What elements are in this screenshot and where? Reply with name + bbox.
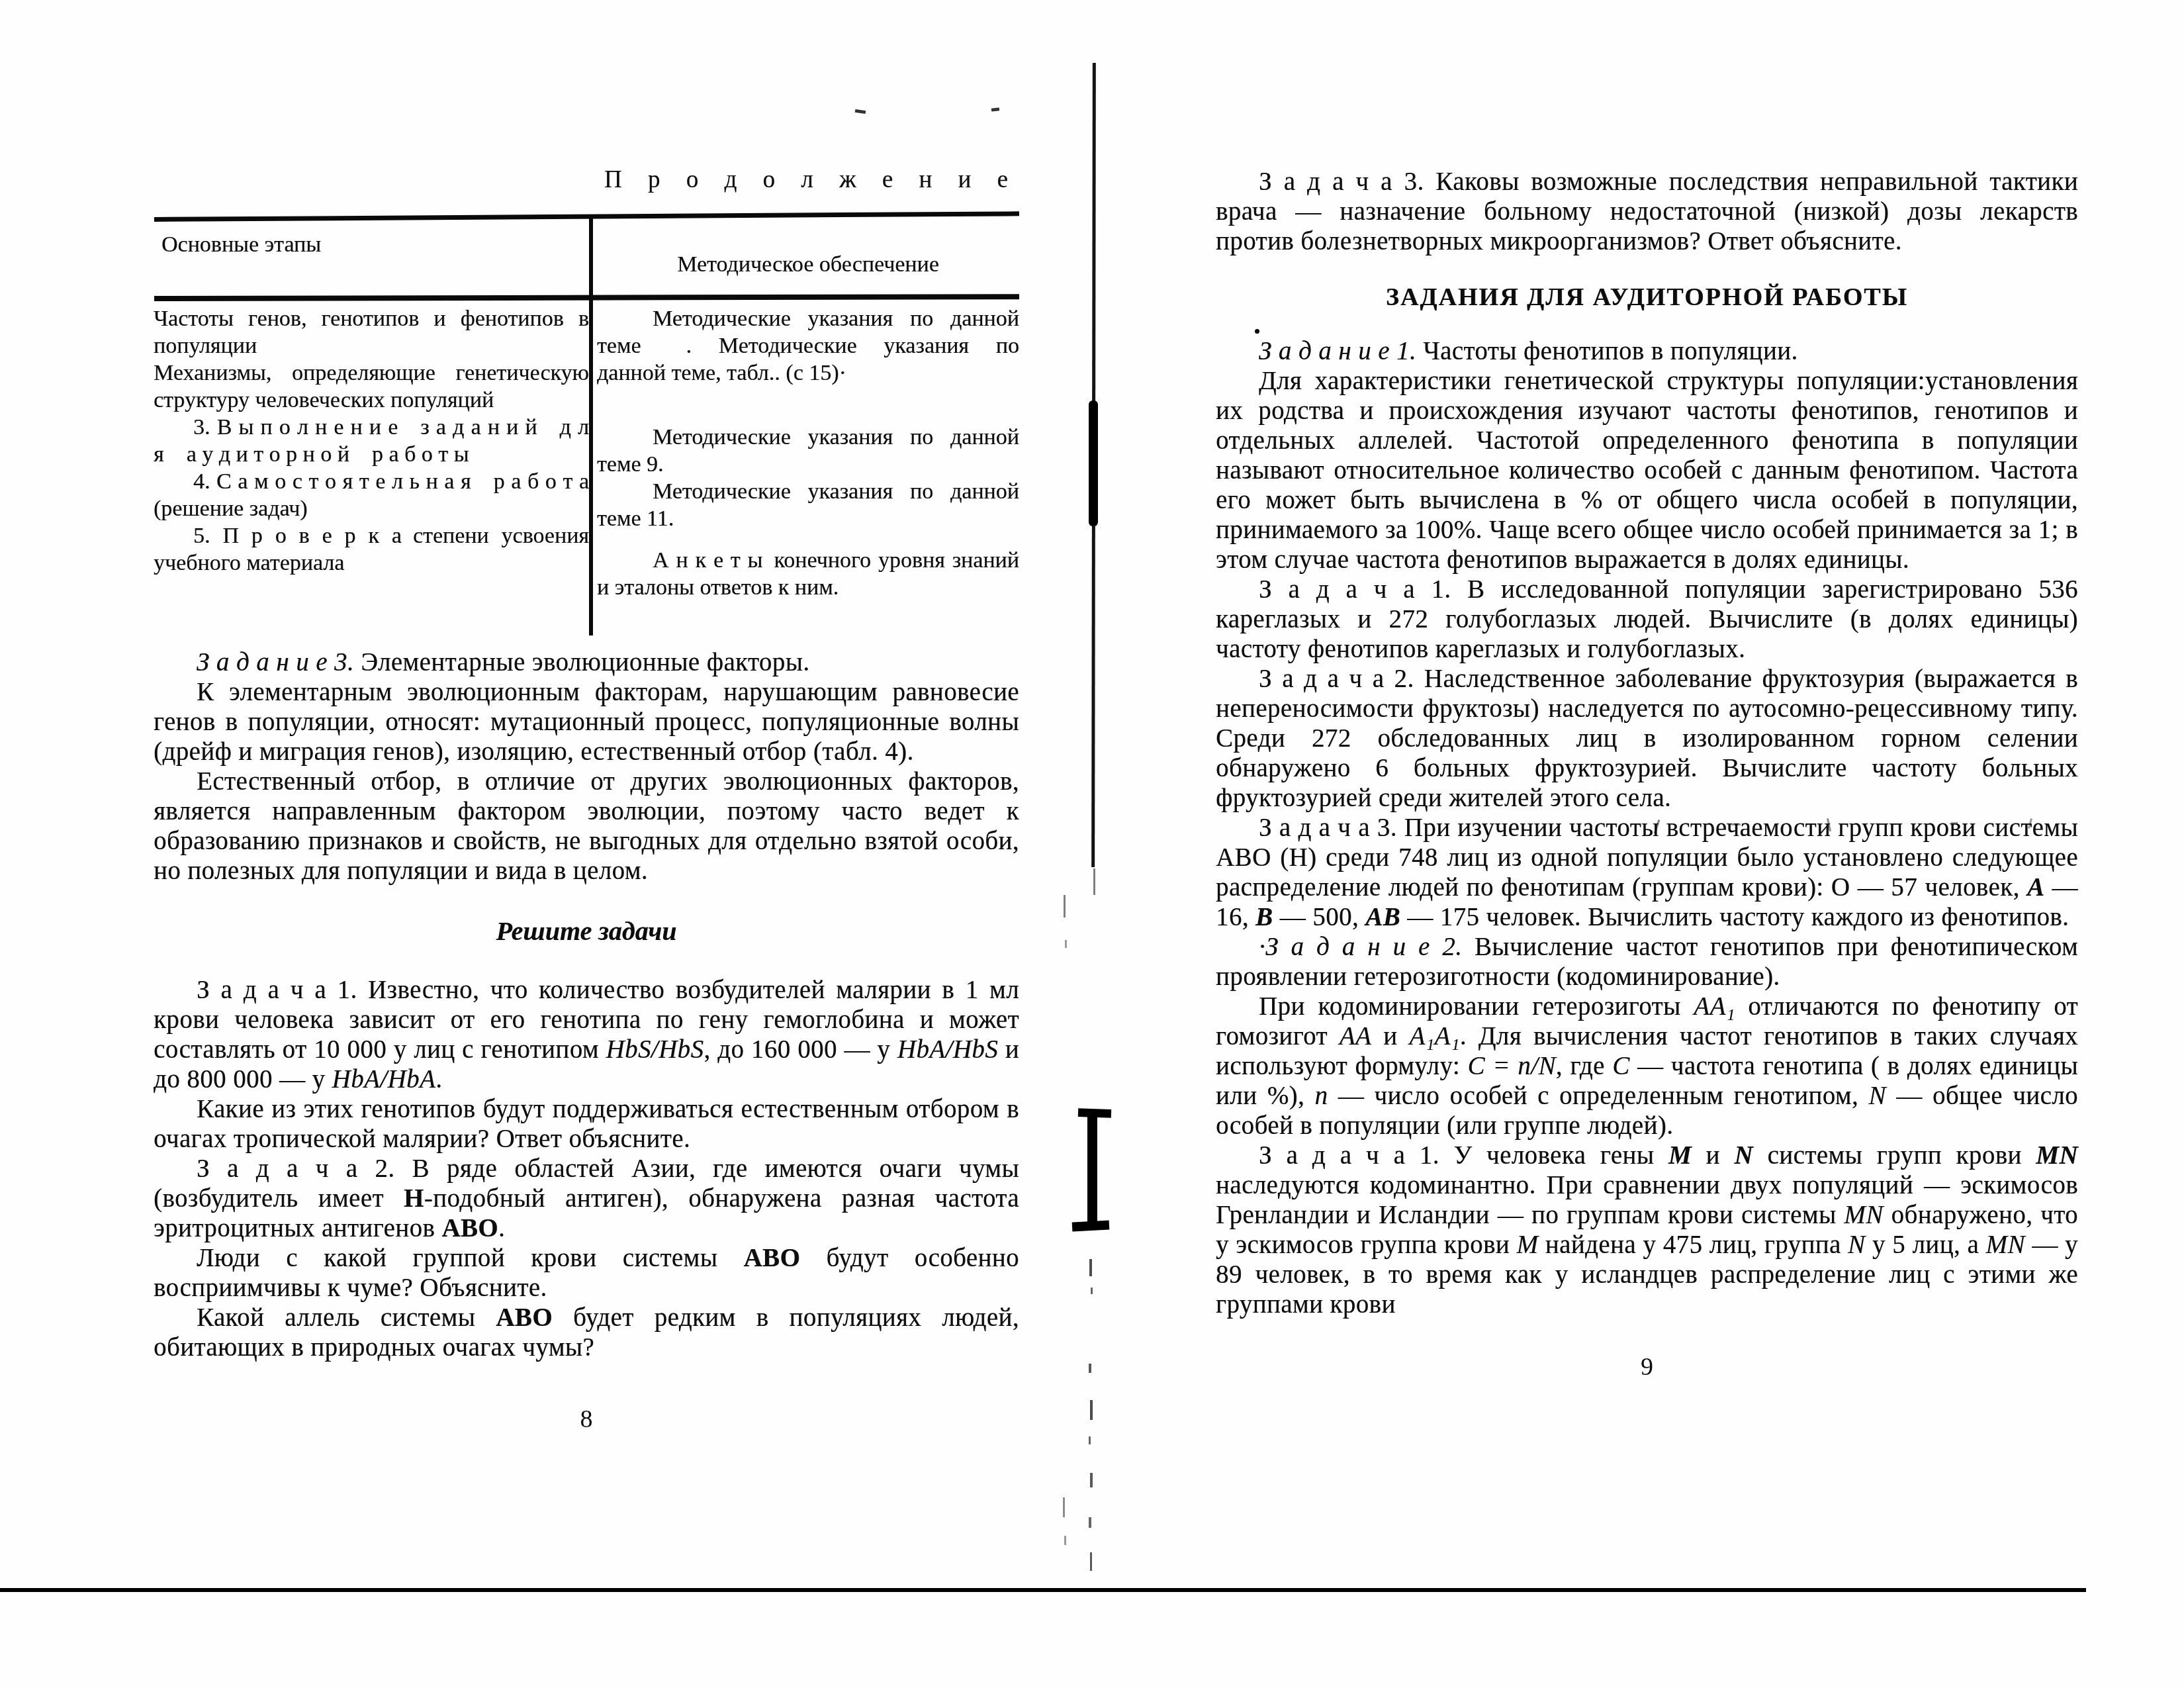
table-body: Частоты генов, генотипов и фенотипов в п… xyxy=(154,296,1019,601)
table-row: 5. П р о в е р к а степени усвоения учеб… xyxy=(154,522,589,577)
scan-artifact-bracket-stem xyxy=(1087,1111,1097,1229)
table-cell-methods: Методические указания по данной теме . М… xyxy=(597,305,1019,601)
scan-artifact-dash xyxy=(1089,1364,1091,1373)
paragraph: К элементарным эволюционным факторам, на… xyxy=(154,677,1019,767)
paragraph: При кодоминировании гетерозиготы АА₁ отл… xyxy=(1216,992,2078,1141)
table-header-methods: Методическое обеспечение xyxy=(597,222,1019,296)
text-segment: Естественный отбор, в отличие от других … xyxy=(154,767,1019,885)
table-column-divider xyxy=(589,217,593,635)
scan-artifact-dash xyxy=(1090,1552,1092,1571)
text-segment: Частоты генов, генотипов и фенотипов в п… xyxy=(154,306,589,358)
text-segment: . xyxy=(435,1065,442,1094)
scan-artifact-bracket-top xyxy=(1078,1108,1111,1118)
text-segment: З а д а ч а 3. xyxy=(1259,167,1424,196)
paragraph: З а д а ч а 1. Известно, что количество … xyxy=(154,975,1019,1094)
section-heading-classroom-tasks: ЗАДАНИЯ ДЛЯ АУДИТОРНОЙ РАБОТЫ xyxy=(1216,283,2078,312)
text-segment: , где xyxy=(1556,1052,1612,1080)
paragraph: З а д а ч а 2. В ряде областей Азии, где… xyxy=(154,1154,1019,1243)
text-segment: HbS/HbS xyxy=(606,1035,704,1064)
text-segment: У человека гены xyxy=(1439,1141,1668,1170)
text-segment: n xyxy=(1315,1082,1328,1110)
text-segment: Методические указания по данной теме 9. xyxy=(597,425,1019,477)
paragraph: З а д а н и е 3. Элементарные эволюционн… xyxy=(154,647,1019,677)
text-segment: ·З а д а н и е 2. xyxy=(1259,933,1462,961)
text-segment: MN xyxy=(1986,1231,2025,1259)
text-segment: — 500, xyxy=(1273,903,1366,931)
scan-artifact-bracket-bottom xyxy=(1072,1221,1110,1232)
text-segment: HbA/HbA xyxy=(332,1065,436,1094)
text-segment: и xyxy=(1692,1141,1734,1170)
text-segment: АВО xyxy=(441,1214,498,1243)
scan-artifact-edge-dash xyxy=(1064,1536,1066,1545)
scan-artifact-dot xyxy=(1255,329,1259,334)
text-segment: Для характеристики генетической структур… xyxy=(1216,367,2078,574)
text-segment: М xyxy=(1517,1231,1539,1259)
paragraph: Для характеристики генетической структур… xyxy=(1216,366,2078,575)
table-row: Частоты генов, генотипов и фенотипов в п… xyxy=(154,305,589,359)
scan-artifact-smudge xyxy=(1731,823,1741,825)
text-segment: HbA/HbS xyxy=(897,1035,998,1064)
text-segment: С = n/N xyxy=(1467,1052,1555,1080)
text-segment: 3. В ы п о л н е н и е з а д а н и й д л… xyxy=(154,415,589,467)
text-segment: N xyxy=(1868,1082,1886,1110)
scan-artifact-tick xyxy=(855,109,866,114)
paragraph: З а д а ч а 1. В исследованной популяции… xyxy=(1216,575,2078,664)
table-row: 3. В ы п о л н е н и е з а д а н и й д л… xyxy=(154,414,589,468)
text-segment: З а д а ч а 1. xyxy=(1259,575,1451,604)
table-cell-stages: Частоты генов, генотипов и фенотипов в п… xyxy=(154,305,589,601)
text-segment: А xyxy=(2027,873,2044,902)
text-segment: АВО xyxy=(744,1244,801,1272)
text-segment: Какой аллель системы xyxy=(197,1303,496,1332)
paragraph: З а д а ч а 3. Каковы возможные последст… xyxy=(1216,167,2078,256)
scan-artifact-tick xyxy=(991,107,999,111)
paragraph: З а д а н и е 1. Частоты фенотипов в поп… xyxy=(1216,336,2078,366)
text-segment: При кодоминировании гетерозиготы xyxy=(1259,992,1694,1021)
text-segment: у 5 лиц, а xyxy=(1866,1231,1986,1259)
text-segment: Какие из этих генотипов будут поддержива… xyxy=(154,1095,1019,1153)
scan-artifact-dash xyxy=(1089,1517,1091,1528)
text-segment: Механизмы, определяющие генетическую стр… xyxy=(154,361,589,412)
text-segment: З а д а ч а 2. xyxy=(197,1154,394,1183)
text-segment: Люди с какой группой крови системы xyxy=(197,1244,744,1272)
table-row: Методические указания по данной теме 9. xyxy=(597,424,1019,478)
text-segment: К элементарным эволюционным факторам, на… xyxy=(154,678,1019,766)
section-heading-solve-tasks: Решите задачи xyxy=(154,916,1019,946)
scan-artifact-spine-blob xyxy=(1089,400,1098,526)
text-segment: А н к е т ы конечного уровня знаний и эт… xyxy=(597,548,1019,600)
table-header-stages: Основные этапы xyxy=(154,222,597,296)
scan-artifact-dash xyxy=(1091,1288,1093,1294)
page-right: З а д а ч а 3. Каковы возможные последст… xyxy=(1216,167,2078,1382)
paragraph: З а д а ч а 1. У человека гены М и N сис… xyxy=(1216,1141,2078,1319)
text-segment: N xyxy=(1848,1231,1865,1259)
text-segment: найдена у 475 лиц, группа xyxy=(1538,1231,1848,1259)
text-segment: , до 160 000 — у xyxy=(704,1035,897,1064)
paragraph: Какие из этих генотипов будут поддержива… xyxy=(154,1094,1019,1154)
table-row: Механизмы, определяющие генетическую стр… xyxy=(154,359,589,414)
text-segment: MN xyxy=(1844,1201,1883,1229)
text-segment: N xyxy=(1734,1141,1753,1170)
page-left: П р о д о л ж е н и е Основные этапы Мет… xyxy=(154,167,1019,1434)
text-segment: А₁А₁ xyxy=(1409,1022,1459,1051)
paragraph: Какой аллель системы АВО будет редким в … xyxy=(154,1303,1019,1362)
text-segment: Методические указания по данной теме . М… xyxy=(597,306,1019,385)
paragraph: Люди с какой группой крови системы АВО б… xyxy=(154,1243,1019,1303)
scan-artifact-dash xyxy=(1089,1259,1092,1276)
paragraph: З а д а ч а 2. Наследственное заболевани… xyxy=(1216,664,2078,813)
table-header-row: Основные этапы Методическое обеспечение xyxy=(154,217,1019,296)
text-segment: З а д а ч а 1. xyxy=(197,976,357,1004)
table-row: 4. С а м о с т о я т е л ь н а я р а б о… xyxy=(154,468,589,522)
scan-artifact-dash xyxy=(1089,1436,1091,1444)
text-segment: АВ xyxy=(1365,903,1400,931)
scan-artifact-bottom-rule xyxy=(0,1588,2086,1592)
book-scan-spread: П р о д о л ж е н и е Основные этапы Мет… xyxy=(0,0,2184,1688)
table-row: Методические указания по данной теме 11. xyxy=(597,478,1019,532)
continuation-label: П р о д о л ж е н и е xyxy=(154,167,1018,193)
text-segment: З а д а ч а 3. xyxy=(1259,814,1397,842)
text-segment: М xyxy=(1668,1141,1692,1170)
table-row: Методические указания по данной теме . М… xyxy=(597,305,1019,387)
text-segment: АА xyxy=(1340,1022,1371,1051)
scan-artifact-smudge xyxy=(1951,822,1958,824)
text-segment: З а д а н и е 3. xyxy=(197,648,354,677)
text-segment: Частоты фенотипов в популяции. xyxy=(1416,337,1797,365)
text-segment: 5. П р о в е р к а степени усвоения учеб… xyxy=(154,524,589,575)
text-segment: З а д а ч а 1. xyxy=(1259,1141,1439,1170)
scan-artifact-edge-dash xyxy=(1063,1497,1065,1517)
text-segment: 4. С а м о с т о я т е л ь н а я р а б о… xyxy=(154,469,589,521)
scan-artifact-spine-tail xyxy=(1093,868,1095,895)
text-segment: . xyxy=(498,1214,505,1243)
table-row: А н к е т ы конечного уровня знаний и эт… xyxy=(597,547,1019,601)
text-segment: З а д а ч а 2. xyxy=(1259,665,1414,693)
scan-artifact-dash xyxy=(1090,1400,1093,1420)
page-number: 8 xyxy=(154,1405,1019,1434)
scan-artifact-edge-dash xyxy=(1065,940,1067,948)
text-segment: Н xyxy=(404,1184,424,1213)
text-segment: С xyxy=(1612,1052,1629,1080)
text-segment: АВО xyxy=(496,1303,553,1332)
text-segment: З а д а н и е 1. xyxy=(1259,337,1416,365)
page-number: 9 xyxy=(1216,1352,2078,1382)
text-segment: системы групп крови xyxy=(1753,1141,2036,1170)
paragraph: Естественный отбор, в отличие от других … xyxy=(154,767,1019,886)
text-segment: — число особей с определенным генотипом, xyxy=(1328,1082,1868,1110)
paragraph: ·З а д а н и е 2. Вычисление частот гено… xyxy=(1216,932,2078,992)
text-segment: и xyxy=(1371,1022,1409,1051)
paragraph: З а д а ч а 3. При изучении частоты встр… xyxy=(1216,813,2078,932)
scan-artifact-edge-dash xyxy=(1064,895,1066,917)
text-segment: — 175 человек. Вычислить частоту каждого… xyxy=(1400,903,2069,931)
text-segment: В xyxy=(1255,903,1273,931)
text-segment: MN xyxy=(2036,1141,2078,1170)
text-segment: Методические указания по данной теме 11. xyxy=(597,479,1019,531)
text-segment: АА₁ xyxy=(1694,992,1735,1021)
scan-artifact-dash xyxy=(1090,1473,1093,1487)
text-segment: Элементарные эволюционные факторы. xyxy=(354,648,809,677)
schedule-table: Основные этапы Методическое обеспечение … xyxy=(154,217,1019,601)
